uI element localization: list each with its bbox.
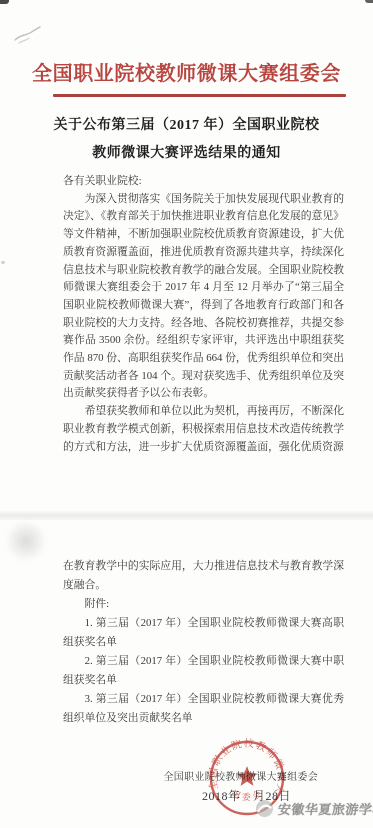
- scan-smudge: [5, 520, 47, 562]
- scan-corner-mark-top-right: [365, 0, 373, 3]
- salutation: 各有关职业院校:: [63, 173, 344, 191]
- notice-title-line1: 关于公布第三届（2017 年）全国职业院校: [0, 114, 373, 134]
- body-page2: 在教育教学中的实际应用，大力推进信息技术与教育教学深度融合。 附件: 1. 第三…: [63, 557, 344, 728]
- paragraph-1: 为深入贯彻落实《国务院关于加快发展现代职业教育的决定》、《教育部关于加快推进职业…: [63, 191, 344, 403]
- attachment-item: 3. 第三届（2017 年）全国职业院校教师微课大赛优秀组织单位及突出贡献奖名单: [63, 690, 344, 728]
- letterhead-divider: [53, 94, 346, 97]
- school-logo-icon: [255, 799, 274, 818]
- attachment-item: 1. 第三届（2017 年）全国职业院校教师微课大赛高职组获奖名单: [63, 614, 344, 652]
- attachment-item: 2. 第三届（2017 年）全国职业院校教师微课大赛中职组获奖名单: [63, 652, 344, 690]
- paragraph-2-part1: 希望获奖教师和单位以此为契机，再接再厉，不断深化职业教育教学模式创新，积极探索用…: [63, 403, 344, 456]
- pencil-scribble-mark: [13, 24, 49, 48]
- notice-title-line2: 教师微课大赛评选结果的通知: [0, 142, 373, 162]
- paragraph-2-part2: 在教育教学中的实际应用，大力推进信息技术与教育教学深度融合。: [63, 557, 344, 595]
- scan-speck: [1, 261, 5, 264]
- scanned-notice-document: 全国职业院校教师微课大赛组委会 关于公布第三届（2017 年）全国职业院校 教师…: [0, 0, 373, 828]
- seal-star-icon: [237, 766, 258, 786]
- page-break-gap: [0, 511, 373, 520]
- watermark-text: 安徽华夏旅游学校: [277, 799, 373, 818]
- attachments-label: 附件:: [63, 595, 344, 614]
- body-page1: 各有关职业院校: 为深入贯彻落实《国务院关于加快发展现代职业教育的决定》、《教育…: [63, 173, 344, 456]
- watermark: 安徽华夏旅游学校: [255, 799, 373, 818]
- letterhead-org-name: 全国职业院校教师微课大赛组委会: [0, 57, 373, 86]
- scan-corner-mark-top-left: [0, 0, 9, 4]
